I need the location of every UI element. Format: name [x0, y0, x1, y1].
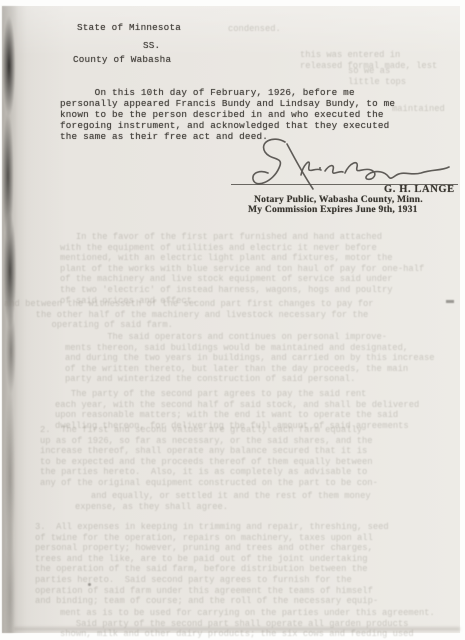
bleedthrough-line: the other half of the machinery and live…: [4, 310, 462, 321]
bleedthrough-line: of the written thereto, but later than t…: [65, 364, 461, 375]
stamp-commission-expiry: My Commission Expires June 9th, 1931: [248, 204, 418, 215]
bleedthrough-line: ment as is to be used for carrying on th…: [60, 608, 460, 619]
bleedthrough-line: and during the two years in buildings, a…: [65, 353, 461, 364]
paragraph-line: personally appeared Francis Bundy and Li…: [60, 98, 395, 109]
acknowledgment-paragraph: On this 10th day of February, 1926, befo…: [60, 87, 395, 142]
bleedthrough-line: each year, with the second half of said …: [55, 400, 457, 411]
ink-speck: [88, 583, 91, 586]
bleedthrough-line: and binding; team of course; and the rol…: [35, 596, 459, 607]
bleedthrough-block: and equally, or settled it and the rest …: [75, 491, 455, 512]
bleedthrough-line: operation of said farm under this agreem…: [35, 586, 459, 597]
scan-smudge: [14, 627, 460, 631]
ink-speck: [446, 300, 454, 303]
bleedthrough-line: and equally, or settled it and the rest …: [75, 491, 455, 502]
bleedthrough-line: 2. The first and second values are great…: [40, 425, 460, 436]
county-line: County of Wabasha: [73, 54, 171, 65]
bleedthrough-line: expense, as they shall agree.: [75, 502, 455, 513]
bleedthrough-line: In the favor of the first part furnished…: [60, 232, 452, 243]
bleedthrough-line: mentioned, with an electric light plant …: [60, 253, 452, 264]
bleedthrough-line: of the machinery and live stock equipmen…: [60, 274, 452, 285]
paragraph-line: On this 10th day of February, 1926, befo…: [60, 87, 395, 98]
ss-abbreviation: SS.: [143, 40, 160, 51]
bleedthrough-line: this was entered in: [300, 50, 460, 61]
bleedthrough-block: 3. All expenses in keeping in trimming a…: [35, 522, 459, 607]
bleedthrough-line: increase thereof, shall operate any bala…: [40, 446, 460, 457]
bleedthrough-line: the two 'electric' of instead harness, w…: [60, 285, 452, 296]
scanned-document: { "document": { "header": { "state_line"…: [0, 0, 465, 640]
bleedthrough-line: so we as: [348, 66, 443, 77]
paragraph-line: known to be the person described in and …: [60, 109, 395, 120]
bleedthrough-line: trees and the like, are to be paid out o…: [35, 554, 459, 565]
bleedthrough-line: with the equipment of utilities and elec…: [60, 243, 452, 254]
bleedthrough-line: the operation of the said farm, before d…: [35, 564, 459, 575]
bleedthrough-line: ments thereon, said buildings would be m…: [65, 343, 461, 354]
bleedthrough-line: the parties hereto. Also, it is as compl…: [40, 467, 460, 478]
bleedthrough-block: In the favor of the first part furnished…: [60, 232, 452, 306]
state-line: State of Minnesota: [77, 22, 181, 33]
bleedthrough-line: personal property; however, pruning and …: [35, 543, 459, 554]
bleedthrough-line: any of the original equipment constructe…: [40, 478, 460, 489]
bleedthrough-block: 2. The first and second values are great…: [40, 425, 460, 489]
bleedthrough-block: maintained: [392, 104, 462, 115]
bleedthrough-line: party and winterized the construction of…: [65, 374, 461, 385]
bleedthrough-line: to be expected and the proceeds thereof …: [40, 457, 460, 468]
bleedthrough-line: upon reasonable matters; with the end it…: [55, 410, 457, 421]
bleedthrough-line: 3. All expenses in keeping in trimming a…: [35, 522, 459, 533]
bleedthrough-line: and between the witnesseth of the second…: [4, 299, 462, 310]
bleedthrough-line: parties hereto. Said second party agrees…: [35, 575, 459, 586]
bleedthrough-line: condensed.: [228, 24, 348, 35]
bleedthrough-line: little tops: [348, 77, 443, 88]
bleedthrough-line: maintained: [392, 104, 462, 115]
bleedthrough-line: of twine for the operation, repairs on m…: [35, 533, 459, 544]
bleedthrough-line: The said operators and continues on pers…: [65, 332, 461, 343]
bleedthrough-block: so we aslittle tops: [348, 66, 443, 87]
paragraph-line: foregoing instrument, and acknowledged t…: [60, 120, 395, 131]
bleedthrough-line: plant of the works with blue service and…: [60, 264, 452, 275]
bleedthrough-block: and between the witnesseth of the second…: [4, 299, 462, 331]
bleedthrough-block: condensed.: [228, 24, 348, 35]
bleedthrough-line: The party of the second part agrees to p…: [55, 389, 457, 400]
bleedthrough-line: operating of said farm.: [4, 320, 462, 331]
bleedthrough-line: up as of 1926, so far as necessary, or t…: [40, 436, 460, 447]
bleedthrough-block: The said operators and continues on pers…: [65, 332, 461, 385]
bleedthrough-block: ment as is to be used for carrying on th…: [60, 608, 460, 640]
